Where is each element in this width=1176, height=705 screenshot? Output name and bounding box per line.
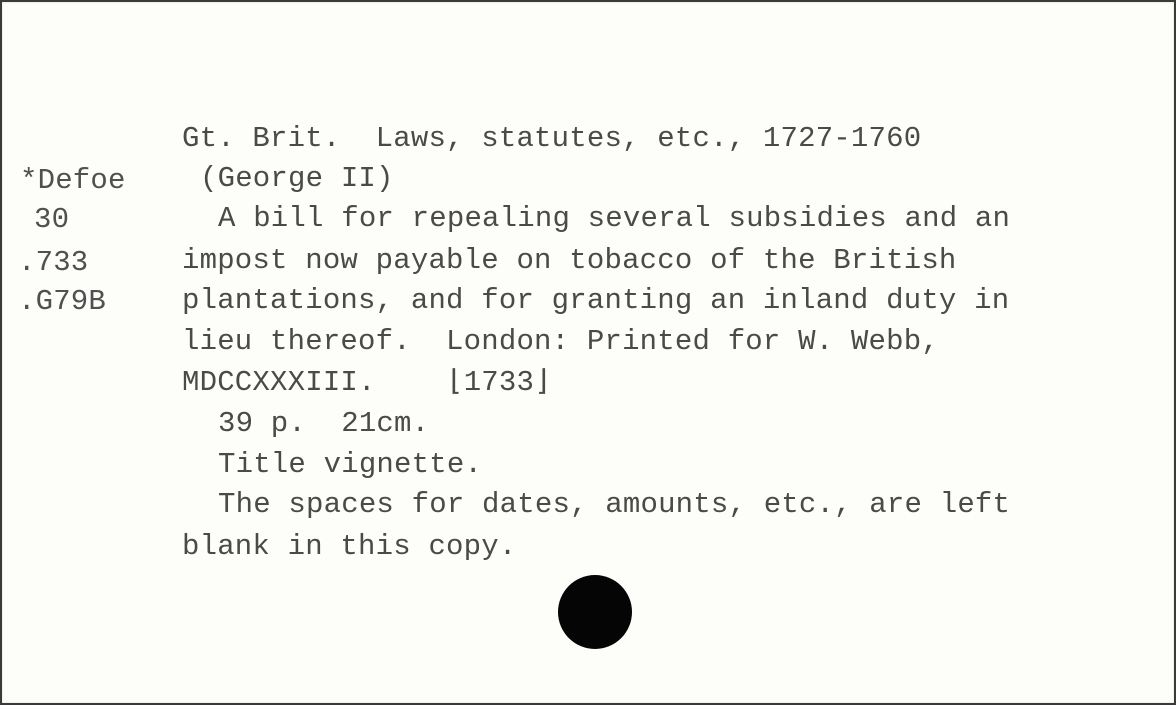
title-line: plantations, and for granting an inland …: [182, 286, 1009, 315]
call-number-line: .733: [18, 248, 88, 277]
note-line: Title vignette.: [218, 450, 482, 479]
collation: 39 p. 21cm.: [218, 409, 429, 438]
call-number-line: 30: [34, 205, 69, 234]
call-number-line: .G79B: [18, 287, 106, 316]
note-line: The spaces for dates, amounts, etc., are…: [218, 490, 1010, 519]
imprint-line: lieu thereof. London: Printed for W. Web…: [182, 327, 939, 356]
punch-hole: [558, 575, 632, 649]
catalog-card: *Defoe 30 .733 .G79B Gt. Brit. Laws, sta…: [2, 2, 1174, 703]
imprint-date-line: MDCCXXXIII. ⌊1733⌋: [182, 368, 552, 397]
title-line: impost now payable on tobacco of the Bri…: [182, 246, 957, 275]
main-heading: Gt. Brit. Laws, statutes, etc., 1727-176…: [182, 124, 921, 153]
call-number-line: *Defoe: [20, 166, 126, 195]
uniform-title: (George II): [200, 164, 394, 193]
note-line: blank in this copy.: [182, 532, 516, 561]
title-line: A bill for repealing several subsidies a…: [218, 204, 1010, 233]
